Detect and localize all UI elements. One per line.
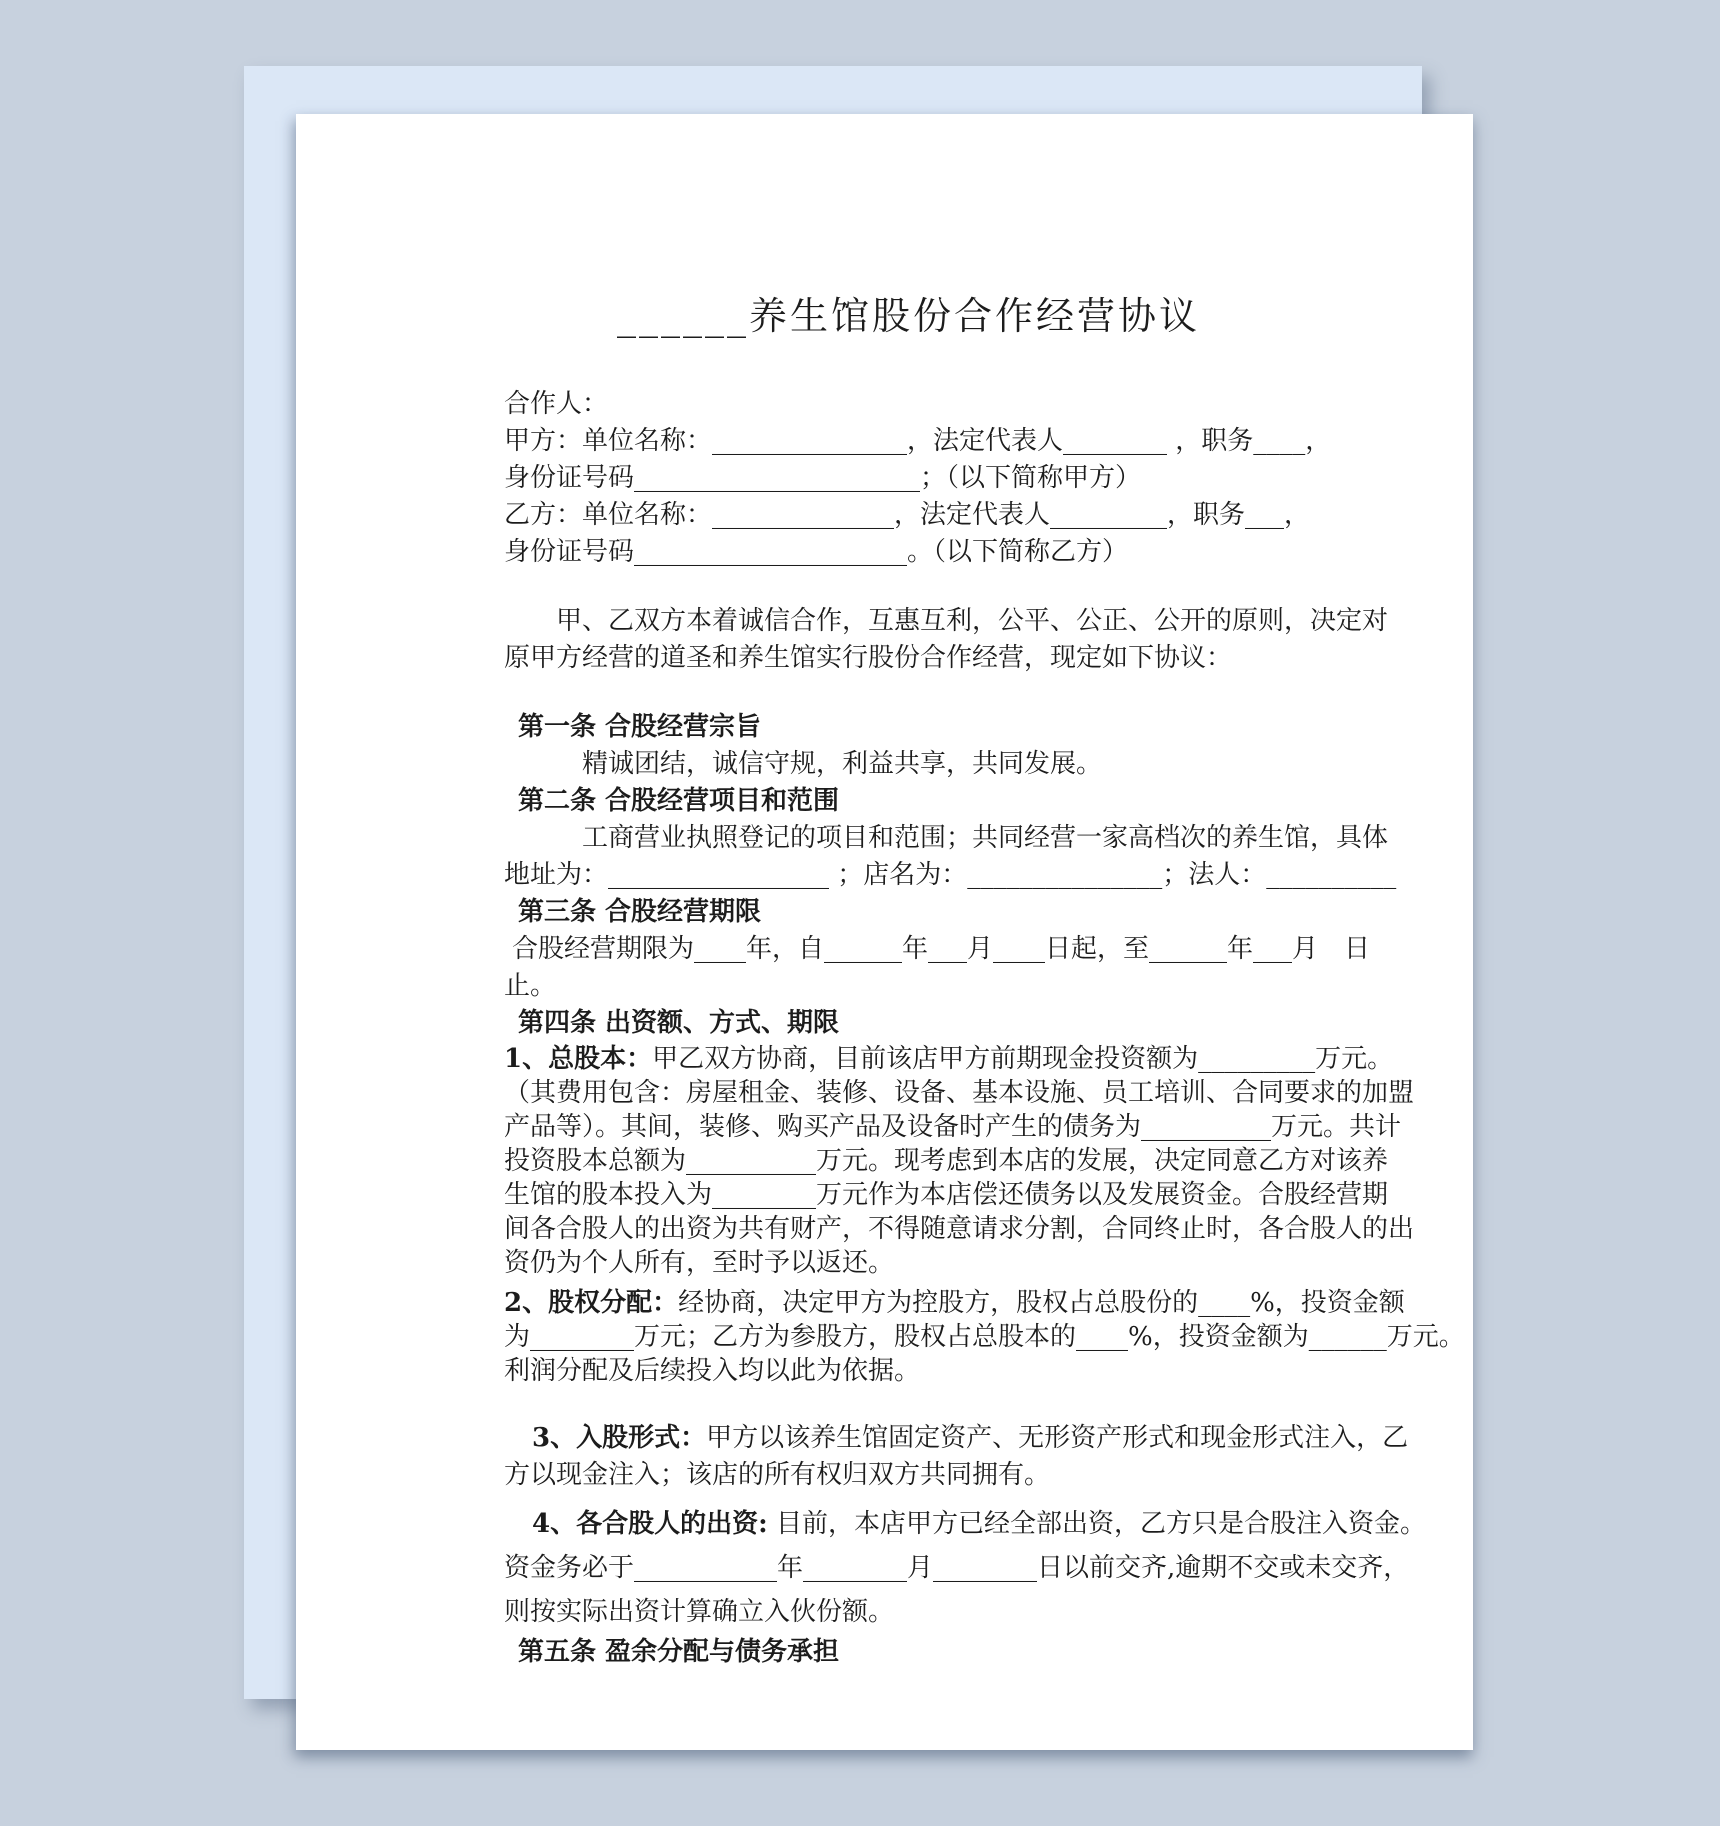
doc-line-partners-label: 合作人： [504,386,1313,423]
item-2-text: 经协商，决定甲方为控股方，股权占总股份的____%，投资金额 [678,1288,1405,1318]
item-2-label: 2、股权分配： [504,1288,678,1318]
doc-line-article-1-body: 精诚团结，诚信守规，利益共享，共同发展。 [504,746,1313,783]
doc-line-party-a: 甲方：单位名称：_______________，法定代表人________ ，职… [504,423,1313,460]
canvas: ______养生馆股份合作经营协议 合作人： 甲方：单位名称：_________… [0,0,1720,1826]
document-title: ______养生馆股份合作经营协议 [504,290,1313,342]
doc-line-article-2-body-1: 工商营业执照登记的项目和范围；共同经营一家高档次的养生馆，具体 [504,820,1313,857]
doc-line-item-1-5: 生馆的股本投入为________万元作为本店偿还债务以及发展资金。合股经营期 [504,1178,1313,1212]
doc-heading-article-3: 第三条 合股经营期限 [504,894,1313,931]
doc-line-item-4-1: 4、各合股人的出资: 目前，本店甲方已经全部出资，乙方只是合股注入资金。 [504,1502,1313,1546]
doc-line-party-b: 乙方：单位名称：______________，法定代表人_________，职务… [504,497,1313,534]
doc-line-article-3-body-2: 止。 [504,968,1313,1005]
doc-line-item-4-2: 资金务必于___________年________月________日以前交齐,… [504,1546,1313,1590]
doc-heading-article-5: 第五条 盈余分配与债务承担 [504,1634,1313,1671]
doc-line-item-1-6: 间各合股人的出资为共有财产，不得随意请求分割，合同终止时，各合股人的出 [504,1212,1313,1246]
doc-line-item-4-3: 则按实际出资计算确立入伙份额。 [504,1590,1313,1634]
document-body: 合作人： 甲方：单位名称：_______________，法定代表人______… [504,386,1313,1671]
doc-line-article-2-body-2: 地址为：_________________ ；店名为：_____________… [504,857,1313,894]
doc-line-item-3-2: 方以现金注入；该店的所有权归双方共同拥有。 [504,1457,1313,1494]
doc-line-item-2-1: 2、股权分配：经协商，决定甲方为控股方，股权占总股份的____%，投资金额 [504,1286,1313,1320]
doc-line-preamble-2: 原甲方经营的道圣和养生馆实行股份合作经营，现定如下协议： [504,640,1313,677]
item-1-label: 1、总股本： [504,1044,652,1074]
doc-line-party-a-id: 身份证号码______________________；（以下简称甲方） [504,460,1313,497]
doc-line-item-1-1: 1、总股本：甲乙双方协商，目前该店甲方前期现金投资额为_________万元。 [504,1042,1313,1076]
doc-heading-article-4: 第四条 出资额、方式、期限 [504,1005,1313,1042]
doc-line-item-1-3: 产品等）。其间，装修、购买产品及设备时产生的债务为__________万元。共计 [504,1110,1313,1144]
doc-line-item-1-2: （其费用包含：房屋租金、装修、设备、基本设施、员工培训、合同要求的加盟 [504,1076,1313,1110]
doc-line-item-1-7: 资仍为个人所有，至时予以返还。 [504,1246,1313,1280]
doc-line-party-b-id: 身份证号码_____________________。（以下简称乙方） [504,534,1313,571]
doc-line-item-2-3: 利润分配及后续投入均以此为依据。 [504,1354,1313,1388]
item-1-text: 甲乙双方协商，目前该店甲方前期现金投资额为_________万元。 [652,1044,1393,1074]
doc-line-preamble-1: 甲、乙双方本着诚信合作，互惠互利，公平、公正、公开的原则，决定对 [504,603,1313,640]
document-page: ______养生馆股份合作经营协议 合作人： 甲方：单位名称：_________… [296,114,1473,1750]
item-4-label: 4、各合股人的出资: [532,1509,768,1539]
item-3-label: 3、入股形式： [532,1423,706,1453]
item-4-text: 目前，本店甲方已经全部出资，乙方只是合股注入资金。 [768,1509,1426,1539]
doc-line-item-3-1: 3、入股形式：甲方以该养生馆固定资产、无形资产形式和现金形式注入，乙 [504,1420,1313,1457]
doc-line-item-1-4: 投资股本总额为__________万元。现考虑到本店的发展，决定同意乙方对该养 [504,1144,1313,1178]
item-3-text: 甲方以该养生馆固定资产、无形资产形式和现金形式注入，乙 [706,1423,1408,1453]
doc-heading-article-1: 第一条 合股经营宗旨 [504,709,1313,746]
doc-line-item-2-2: 为________万元；乙方为参股方，股权占总股本的____%，投资金额为___… [504,1320,1313,1354]
doc-heading-article-2: 第二条 合股经营项目和范围 [504,783,1313,820]
doc-line-article-3-body-1: 合股经营期限为____年，自______年___月____日起，至______年… [504,931,1313,968]
